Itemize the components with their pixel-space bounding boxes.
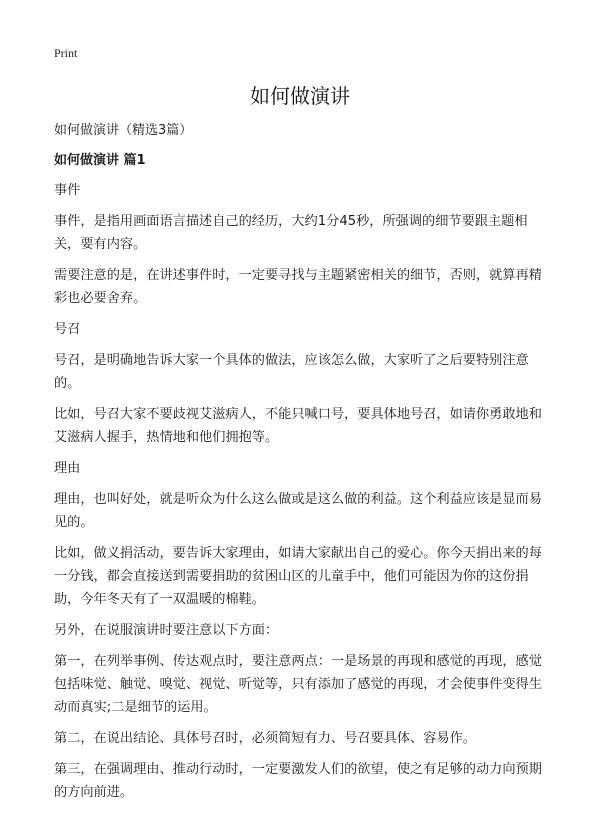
paragraph-reason-label: 理由 (54, 457, 552, 480)
paragraph: 第三，在强调理由、推动行动时，一定要激发人们的欲望，使之有足够的动力向预期的方向… (54, 758, 552, 804)
paragraph: 第一，在列举事例、传达观点时，要注意两点：一是场景的再现和感觉的再现，感觉包括味… (54, 650, 552, 719)
paragraph: 比如，做义捐活动，要告诉大家理由，如请大家献出自己的爱心。你今天捐出来的每一分钱… (54, 542, 552, 611)
print-link[interactable]: Print (54, 46, 77, 61)
document-body: 事件 事件，是指用画面语言描述自己的经历，大约1分45秒，所强调的细节要跟主题相… (54, 179, 552, 812)
paragraph: 比如，号召大家不要歧视艾滋病人，不能只喊口号，要具体地号召，如请你勇敢地和艾滋病… (54, 403, 552, 449)
paragraph: 号召，是明确地告诉大家一个具体的做法，应该怎么做，大家听了之后要特别注意的。 (54, 349, 552, 395)
paragraph-call-label: 号召 (54, 318, 552, 341)
paragraph: 需要注意的是，在讲述事件时，一定要寻找与主题紧密相关的细节，否则，就算再精彩也必… (54, 264, 552, 310)
section-heading: 如何做演讲 篇1 (54, 149, 146, 168)
paragraph: 事件，是指用画面语言描述自己的经历，大约1分45秒，所强调的细节要跟主题相关，要… (54, 210, 552, 256)
paragraph-event-label: 事件 (54, 179, 552, 202)
paragraph: 理由，也叫好处，就是听众为什么这么做或是这么做的利益。这个利益应该是显而易见的。 (54, 488, 552, 534)
document-subtitle: 如何做演讲（精选3篇） (54, 119, 192, 138)
paragraph: 另外，在说服演讲时要注意以下方面： (54, 619, 552, 642)
document-title: 如何做演讲 (0, 80, 600, 109)
paragraph: 第二，在说出结论、具体号召时，必须简短有力、号召要具体、容易作。 (54, 727, 552, 750)
